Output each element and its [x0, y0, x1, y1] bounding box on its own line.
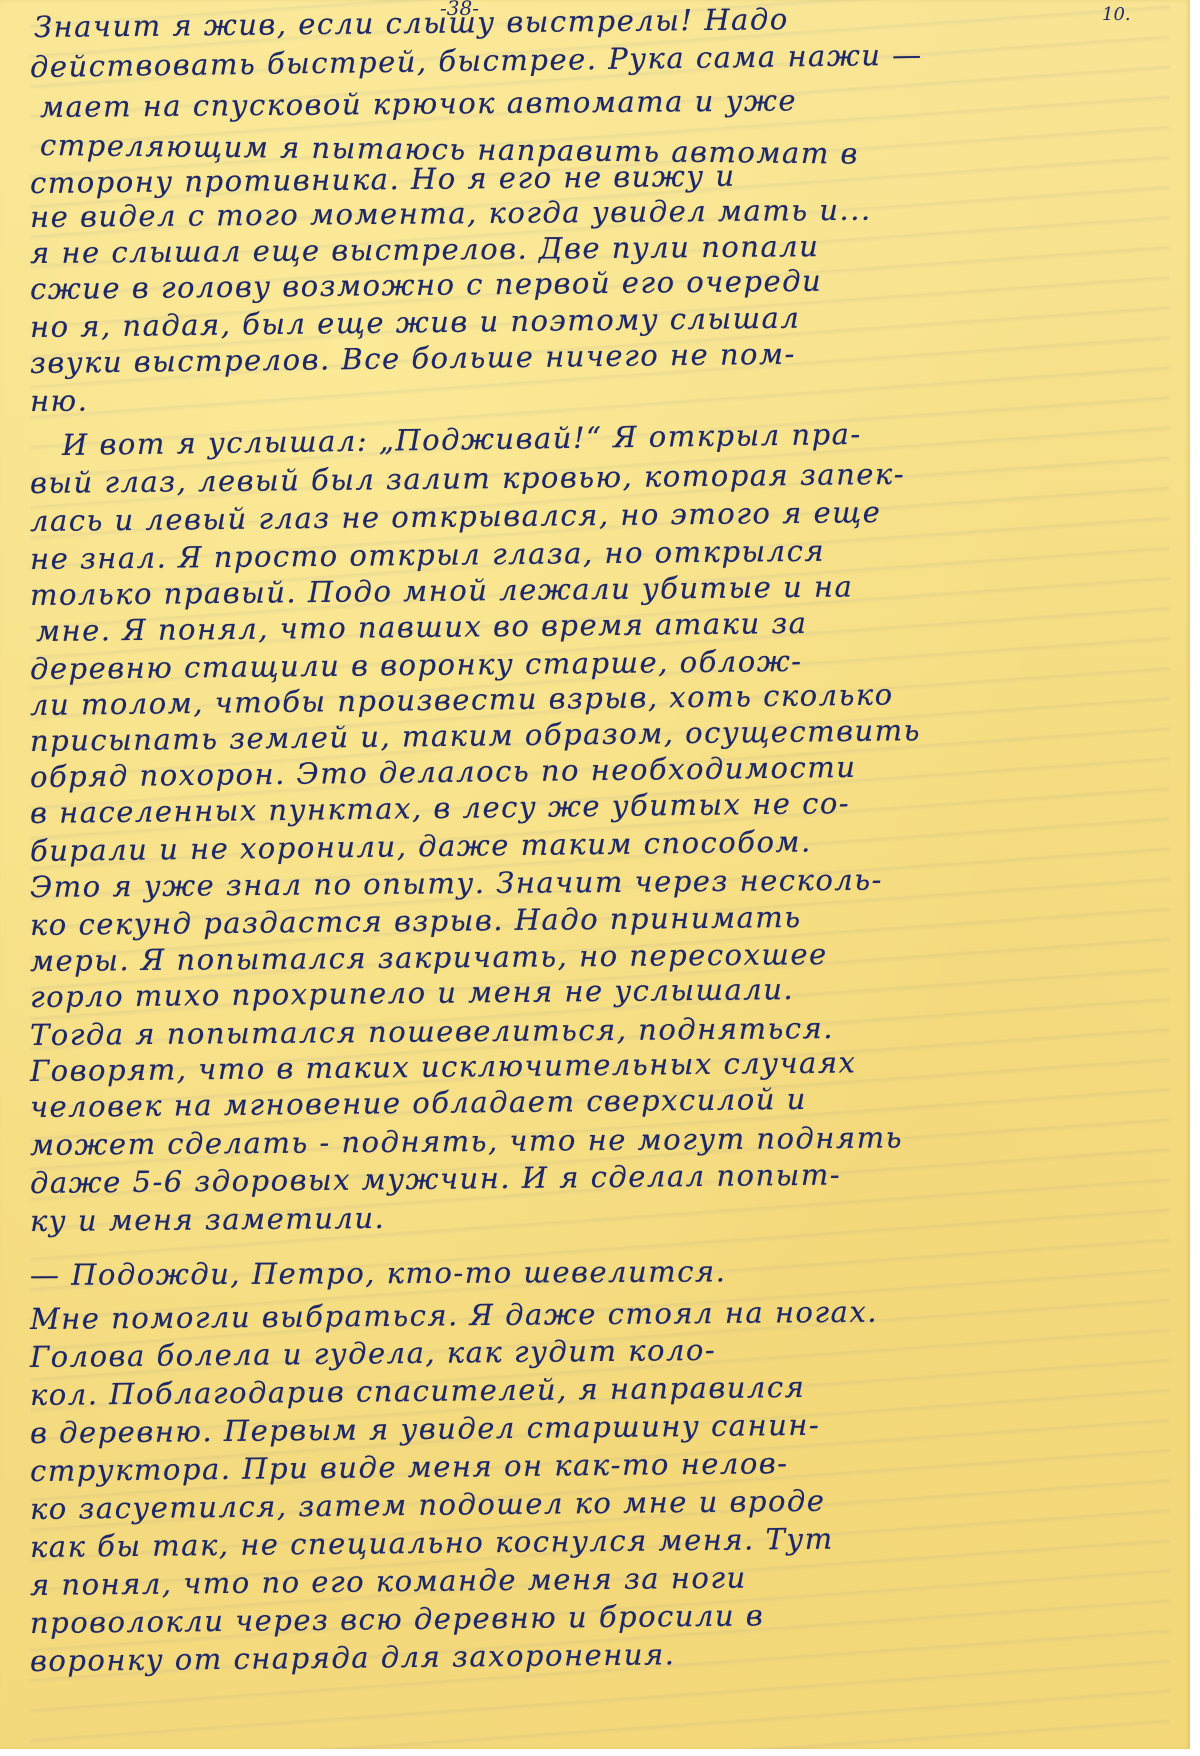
text-line: даже 5-6 здоровых мужчин. И я сделал поп…	[30, 1158, 841, 1200]
text-line: Значит я жив, если слышу выстрелы! Надо	[34, 2, 789, 44]
text-line: не видел с того момента, когда увидел ма…	[30, 193, 872, 234]
text-line: в деревню. Первым я увидел старшину сани…	[30, 1408, 821, 1450]
text-line: звуки выстрелов. Все больше ничего не по…	[30, 337, 796, 380]
text-line: ню.	[30, 384, 89, 418]
text-line: в населенных пунктах, в лесу же убитых н…	[30, 786, 850, 830]
text-line: Говорят, что в таких исключительных случ…	[30, 1045, 857, 1088]
text-line: структора. При виде меня он как-то нелов…	[30, 1446, 789, 1488]
text-line: — Подожди, Петро, кто-то шевелится.	[30, 1254, 727, 1292]
text-line: человек на мгновение обладает сверхсилой…	[30, 1082, 807, 1124]
text-line: Голова болела и гудела, как гудит коло-	[30, 1333, 717, 1374]
text-line: мне. Я понял, что павших во время атаки …	[36, 606, 808, 648]
text-line: мает на спусковой крючок автомата и уже	[40, 83, 797, 124]
text-line: действовать быстрей, быстрее. Рука сама …	[30, 38, 923, 84]
text-line: ко засуетился, затем подошел ко мне и вр…	[30, 1484, 826, 1526]
page-number-right: 10.	[1102, 4, 1131, 25]
text-line: бирали и не хоронили, даже таким способо…	[30, 824, 812, 868]
text-line: И вот я услышал: „Подживай!“ Я открыл пр…	[62, 417, 862, 462]
text-line: кол. Поблагодарив спасителей, я направил…	[30, 1370, 806, 1412]
text-line: как бы так, не специально коснулся меня.…	[30, 1522, 834, 1564]
text-line: проволокли через всю деревню и бросили в	[30, 1598, 765, 1640]
text-line: я не слышал еще выстрелов. Две пули попа…	[30, 229, 820, 270]
text-line: воронку от снаряда для захоронения.	[30, 1637, 676, 1678]
text-line: ку и меня заметили.	[30, 1201, 386, 1238]
text-line: Мне помогли выбраться. Я даже стоял на н…	[30, 1295, 878, 1336]
text-line: ко секунд раздастся взрыв. Надо принимат…	[30, 900, 802, 942]
text-line: горло тихо прохрипело и меня не услышали…	[30, 972, 795, 1014]
text-line: сжие в голову возможно с первой его очер…	[30, 264, 823, 306]
text-line: Это я уже знал по опыту. Значит через не…	[30, 863, 883, 904]
text-line: я понял, что по его команде меня за ноги	[30, 1560, 747, 1602]
manuscript-page: -38- 10. Значит я жив, если слышу выстре…	[0, 0, 1190, 1749]
text-line: вый глаз, левый был залит кровью, котора…	[30, 457, 905, 500]
text-line: лась и левый глаз не открывался, но этог…	[30, 495, 882, 538]
text-line: может сделать - поднять, что не могут по…	[30, 1120, 903, 1162]
text-line: только правый. Подо мной лежали убитые и…	[30, 569, 854, 612]
text-line: не знал. Я просто открыл глаза, но откры…	[30, 534, 825, 576]
text-line: меры. Я попытался закричать, но пересохш…	[30, 937, 828, 978]
